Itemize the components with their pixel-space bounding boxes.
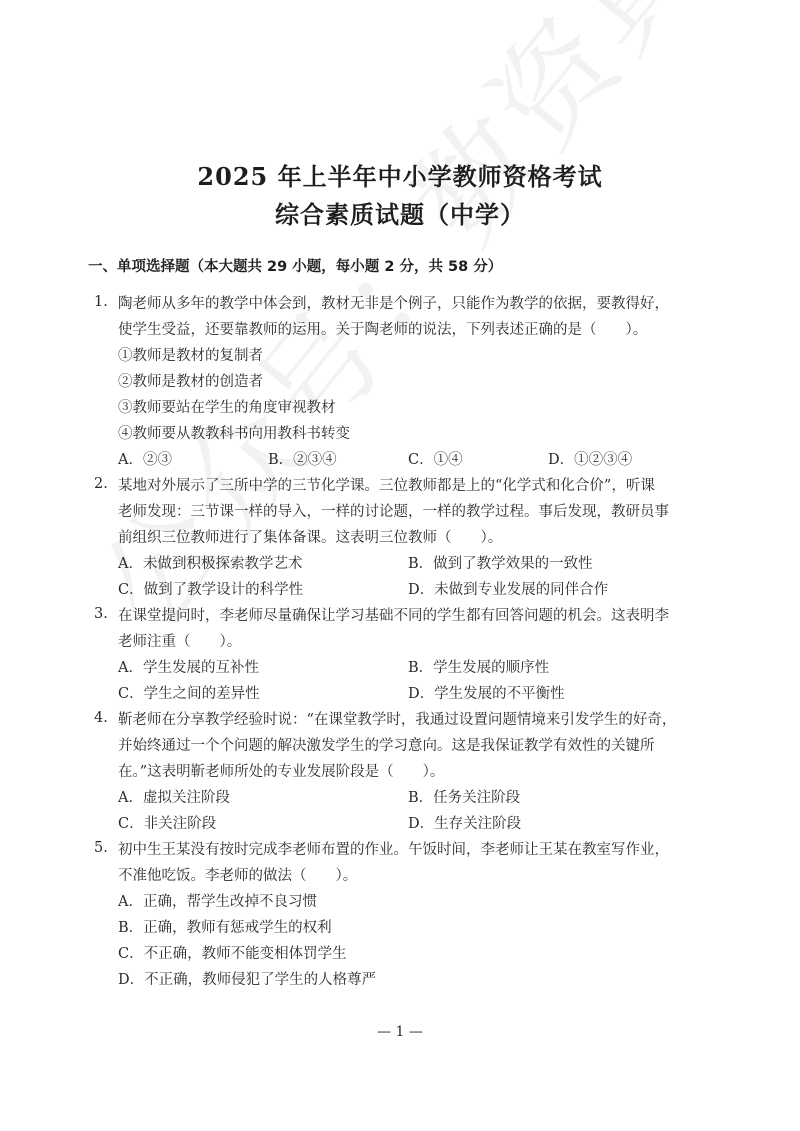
option-a: A．学生发展的互补性 [118,658,259,678]
question-number: 1. [94,294,108,310]
statement: ③教师要站在学生的角度审视教材 [118,398,336,418]
question-stem-line: 老师注重（ ）。 [118,632,241,652]
question-stem-line: 不准他吃饭。李老师的做法（ ）。 [118,866,357,886]
option-b: B．学生发展的顺序性 [408,658,549,678]
question-stem-line: 陶老师从多年的教学中体会到，教材无非是个例子，只能作为教学的依据，要教得好， [118,294,669,314]
question-number: 5. [94,840,108,856]
exam-page: 公众号：数资真题 2025 年上半年中小学教师资格考试 综合素质试题（中学） 一… [0,0,800,1131]
question-stem-line: 前组织三位教师进行了集体备课。这表明三位教师（ ）。 [118,528,502,548]
statement: ②教师是教材的创造者 [118,372,263,392]
option-d: D．生存关注阶段 [408,814,521,834]
option-c: C．非关注阶段 [118,814,216,834]
option-a: A．②③ [118,450,172,470]
option-c: C．学生之间的差异性 [118,684,260,704]
question-number: 4. [94,710,108,726]
question-number: 2. [94,476,108,492]
exam-title: 2025 年上半年中小学教师资格考试 [0,157,800,192]
question-stem-line: 在课堂提问时，李老师尽量确保让学习基础不同的学生都有回答问题的机会。这表明李 [118,606,669,626]
question-stem-line: 在。”这表明靳老师所处的专业发展阶段是（ ）。 [118,762,444,782]
option-d: D．不正确，教师侵犯了学生的人格尊严 [118,970,376,990]
option-c: C．①④ [408,450,463,470]
statement: ①教师是教材的复制者 [118,346,263,366]
option-a: A．未做到积极探索教学艺术 [118,554,302,574]
page-number: — 1 — [0,1024,800,1040]
section-heading: 一、单项选择题（本大题共 29 小题，每小题 2 分，共 58 分） [88,255,502,276]
option-a: A．虚拟关注阶段 [118,788,230,808]
question-number: 3. [94,606,108,622]
option-a: A．正确，帮学生改掉不良习惯 [118,892,317,912]
option-b: B．做到了教学效果的一致性 [408,554,593,574]
question-stem-line: 并始终通过一个个问题的解决激发学生的学习意向。这是我保证教学有效性的关键所 [118,736,655,756]
question-stem-line: 老师发现：三节课一样的导入，一样的讨论题，一样的教学过程。事后发现，教研员事 [118,502,669,522]
option-b: B．正确，教师有惩戒学生的权利 [118,918,332,938]
question-stem-line: 靳老师在分享教学经验时说：“在课堂教学时，我通过设置问题情境来引发学生的好奇， [118,710,676,730]
exam-subtitle: 综合素质试题（中学） [0,195,800,230]
option-c: C．做到了教学设计的科学性 [118,580,303,600]
option-d: D．①②③④ [548,450,632,470]
option-d: D．未做到专业发展的同伴合作 [408,580,608,600]
question-stem-line: 使学生受益，还要靠教师的运用。关于陶老师的说法，下列表述正确的是（ ）。 [118,320,647,340]
option-c: C．不正确，教师不能变相体罚学生 [118,944,347,964]
question-stem-line: 初中生王某没有按时完成李老师布置的作业。午饭时间，李老师让王某在教室写作业， [118,840,669,860]
option-b: B．②③④ [268,450,337,470]
option-d: D．学生发展的不平衡性 [408,684,565,704]
question-stem-line: 某地对外展示了三所中学的三节化学课。三位教师都是上的“化学式和化合价”，听课 [118,476,655,496]
option-b: B．任务关注阶段 [408,788,520,808]
statement: ④教师要从教教科书向用教科书转变 [118,424,350,444]
